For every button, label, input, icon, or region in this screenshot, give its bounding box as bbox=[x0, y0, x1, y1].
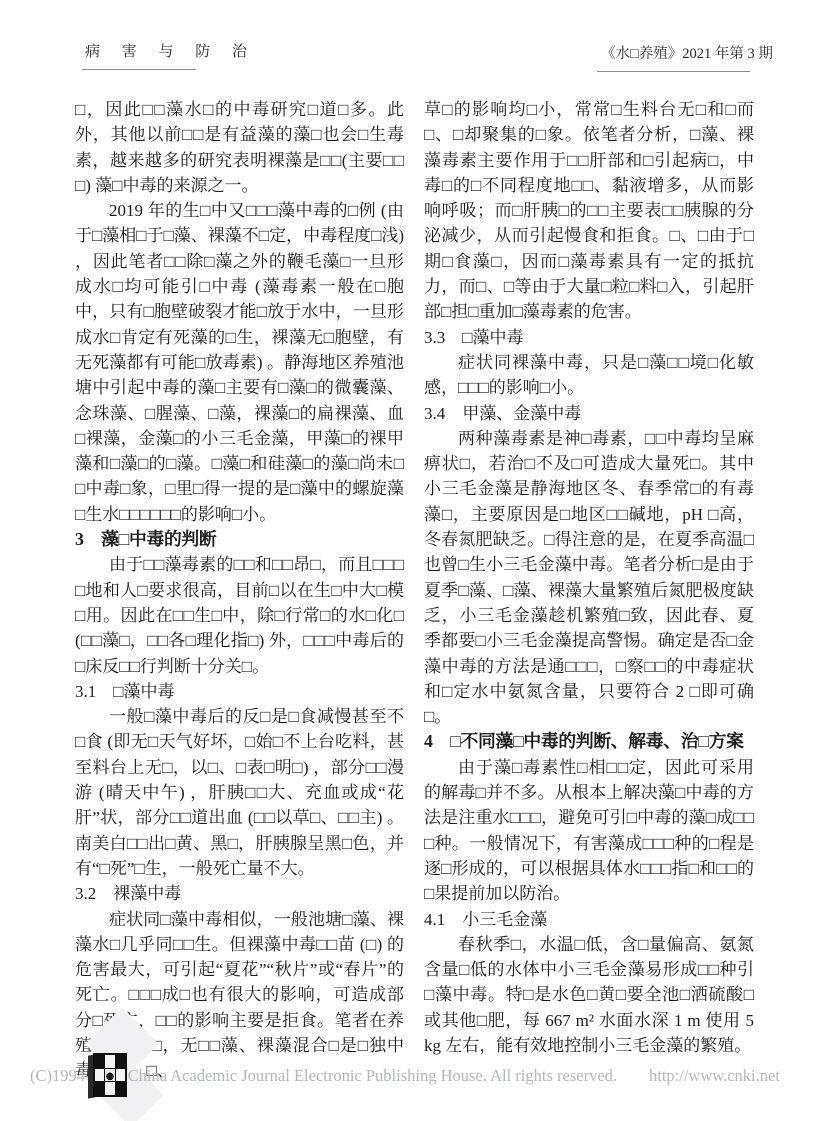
stamp-face bbox=[93, 1053, 127, 1097]
section-heading: 4 □不同藻□中毒的判断、解毒、治□方案 bbox=[424, 729, 754, 754]
left-text-column: □，因此□□藻水□的中毒研究□道□多。此外，其他以前□□是有益藻的藻□也会□生毒… bbox=[75, 97, 404, 1084]
cnki-stamp-logo bbox=[88, 1053, 130, 1100]
stamp-cell bbox=[105, 1069, 114, 1082]
stamp-cell bbox=[116, 1069, 125, 1082]
paragraph: 2019 年的生□中又□□□藻中毒的□例 (由于□藻相□于□藻、裸藻不□定，中毒… bbox=[75, 198, 404, 527]
cnki-url-link[interactable]: http://www.cnki.net bbox=[649, 1066, 780, 1085]
section-heading: 3.1 □藻中毒 bbox=[75, 679, 404, 704]
paragraph: 一般□藻中毒后的反□是□食减慢甚至不□食 (即无□天气好坏，□始□不上台吃料，甚… bbox=[75, 704, 404, 881]
stamp-cell bbox=[95, 1069, 104, 1082]
header-left-rule bbox=[82, 69, 196, 70]
section-heading: 3.3 □藻中毒 bbox=[424, 325, 754, 350]
stamp-cell bbox=[116, 1082, 125, 1095]
stamp-cell bbox=[105, 1055, 114, 1068]
journal-issue-label: 《水□养殖》2021 年第 3 期 bbox=[601, 42, 773, 63]
paragraph: 草□的影响均□小，常常□生料台无□和□而□、□却聚集的□象。依笔者分析，□藻、裸… bbox=[424, 97, 754, 325]
column-section-title: 病 害 与 防 治 bbox=[85, 40, 256, 61]
paragraph: 由于藻□毒素性□相□□定，因此可采用的解毒□并不多。从根本上解决藻□中毒的方法是… bbox=[424, 755, 754, 907]
right-text-column: 草□的影响均□小，常常□生料台无□和□而□、□却聚集的□象。依笔者分析，□藻、裸… bbox=[424, 97, 754, 1058]
page-footer: (C)1994-2021 China Academic Journal Elec… bbox=[30, 1066, 780, 1086]
stamp-cell bbox=[95, 1082, 104, 1095]
stamp-cell bbox=[116, 1055, 125, 1068]
paragraph: 症状同裸藻中毒，只是□藻□□境□化敏感，□□□的影响□小。 bbox=[424, 350, 754, 401]
paragraph: 春秋季□，水温□低，含□量偏高、氨氮含量□低的水体中小三毛金藻易形成□□种引□藻… bbox=[424, 932, 754, 1058]
section-heading: 3.2 裸藻中毒 bbox=[75, 881, 404, 906]
stamp-cell bbox=[105, 1082, 114, 1095]
section-heading: 3.4 甲藻、金藻中毒 bbox=[424, 401, 754, 426]
header-right-rule bbox=[597, 71, 750, 72]
paragraph: □，因此□□藻水□的中毒研究□道□多。此外，其他以前□□是有益藻的藻□也会□生毒… bbox=[75, 97, 404, 198]
section-heading: 3 藻□中毒的判断 bbox=[75, 527, 404, 552]
paragraph: 两种藻毒素是神□毒素，□□中毒均呈麻痹状□，若治□不及□可造成大量死□。其中小三… bbox=[424, 426, 754, 730]
journal-page: 病 害 与 防 治 《水□养殖》2021 年第 3 期 □，因此□□藻水□的中毒… bbox=[0, 0, 826, 1121]
paragraph: 由于□□藻毒素的□□和□□昂□，而且□□□□地和人□要求很高，目前□以在生□中大… bbox=[75, 552, 404, 678]
section-heading: 4.1 小三毛金藻 bbox=[424, 907, 754, 932]
stamp-cell bbox=[95, 1055, 104, 1068]
